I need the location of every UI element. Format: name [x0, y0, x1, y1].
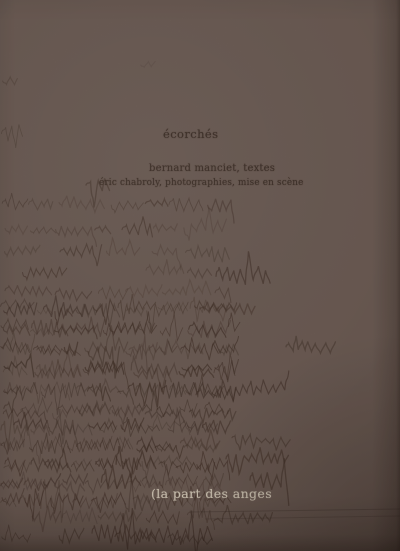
- scribble-stroke: [215, 288, 231, 303]
- handwriting-scrawl: [0, 0, 400, 551]
- scribble-stroke: [31, 227, 56, 233]
- scribble-stroke: [216, 251, 270, 284]
- scribble-stroke: [190, 297, 227, 322]
- scribble-stroke: [59, 528, 84, 543]
- scribble-stroke: [228, 408, 236, 420]
- scribble-stroke: [5, 285, 52, 296]
- scribble-stroke: [137, 444, 154, 453]
- scribble-stroke: [181, 337, 219, 360]
- scribble-stroke: [53, 407, 71, 423]
- scribble-stroke: [107, 238, 140, 256]
- scribble-stroke: [169, 198, 203, 211]
- scribble-stroke: [4, 324, 30, 335]
- scribble-stroke: [232, 434, 290, 450]
- scribble-stroke: [32, 506, 60, 532]
- scribble-stroke: [159, 464, 197, 488]
- scribble-stroke: [186, 374, 224, 397]
- scribble-stroke: [88, 383, 111, 401]
- scribble-stroke: [86, 479, 123, 494]
- scribble-stroke: [196, 371, 289, 401]
- scribble-stroke: [154, 224, 178, 232]
- scribble-stroke: [158, 302, 187, 311]
- scribble-stroke: [98, 510, 141, 522]
- scribble-stroke: [56, 226, 97, 246]
- cover-crease-line: [190, 509, 400, 512]
- scribble-stroke: [286, 336, 335, 353]
- scribble-stroke: [152, 245, 181, 270]
- scribble-stroke: [5, 457, 25, 476]
- scribble-stroke: [21, 398, 52, 415]
- book-title: écorchés: [163, 127, 218, 141]
- scribble-stroke: [146, 259, 184, 274]
- book-cover: écorchés bernard manciet, textes éric ch…: [0, 0, 400, 551]
- scribble-stroke: [14, 412, 47, 430]
- scribble-stroke: [92, 508, 213, 551]
- scribble-stroke: [98, 287, 128, 300]
- scribble-stroke: [146, 511, 179, 525]
- scribble-stroke: [59, 196, 104, 213]
- scribble-stroke: [2, 193, 28, 210]
- scribble-stroke: [60, 244, 102, 266]
- scribble-stroke: [137, 437, 157, 450]
- scribble-stroke: [148, 414, 190, 434]
- scribble-stroke: [1, 124, 22, 147]
- scribble-stroke: [73, 494, 118, 509]
- scribble-stroke: [2, 525, 31, 542]
- scribble-stroke: [214, 505, 272, 524]
- scribble-stroke: [5, 245, 40, 256]
- scribble-stroke: [197, 451, 230, 480]
- scribble-stroke: [4, 387, 17, 412]
- scribble-stroke: [118, 388, 134, 404]
- author-credit: bernard manciet, textes: [149, 163, 275, 174]
- scribble-stroke: [115, 525, 156, 542]
- scribble-stroke: [145, 199, 168, 206]
- scribble-stroke: [186, 246, 230, 263]
- scribble-stroke: [3, 77, 18, 85]
- scribble-stroke: [123, 417, 160, 437]
- scribble-stroke: [163, 280, 211, 296]
- scribble-stroke: [215, 360, 238, 383]
- scribble-stroke: [111, 201, 143, 213]
- scribble-stroke: [147, 302, 188, 332]
- scribble-stroke: [55, 289, 91, 301]
- scribble-stroke: [91, 493, 125, 513]
- scribble-stroke: [72, 462, 95, 471]
- scribble-stroke: [141, 61, 155, 67]
- scribble-stroke: [71, 317, 105, 337]
- scribble-stroke: [122, 217, 152, 237]
- scribble-stroke: [95, 226, 111, 234]
- scribble-stroke: [160, 312, 183, 340]
- scribble-stroke: [55, 308, 72, 325]
- scribble-stroke: [126, 285, 163, 298]
- scribble-stroke: [31, 458, 71, 472]
- scribble-stroke: [202, 420, 230, 434]
- scribble-stroke: [188, 269, 212, 278]
- scribble-stroke: [23, 267, 67, 280]
- publisher-imprint: (la part des anges: [151, 486, 272, 501]
- scribble-stroke: [203, 474, 223, 487]
- scribble-stroke: [62, 508, 97, 524]
- scribble-stroke: [2, 489, 24, 505]
- photographer-credit: éric chabroly, photographies, mise en sc…: [99, 178, 304, 188]
- scribble-stroke: [88, 346, 120, 378]
- scribble-stroke: [29, 199, 53, 210]
- scribble-stroke: [226, 447, 288, 474]
- scribble-stroke: [214, 354, 235, 380]
- scribble-stroke: [208, 199, 234, 223]
- scribble-stroke: [5, 225, 27, 234]
- scribble-stroke: [190, 408, 229, 424]
- scribble-stroke: [63, 474, 88, 484]
